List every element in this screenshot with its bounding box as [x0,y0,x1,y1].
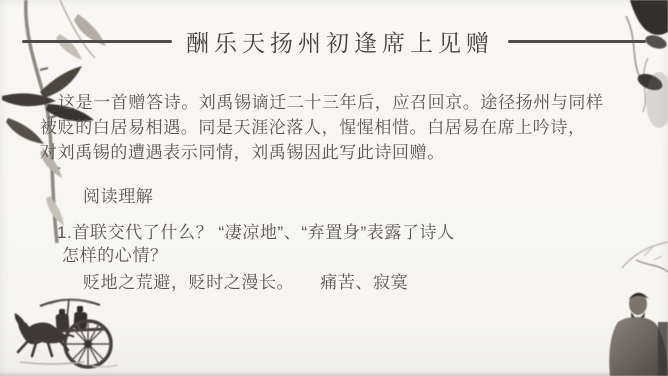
section-heading: 阅读理解 [83,182,153,207]
intro-paragraph-line-1: 这是一首赠答诗。刘禹锡谪迁二十三年后，应召回京。途径扬州与同样 [58,88,604,113]
question-line-2: 怎样的心情？ [62,241,168,266]
paper-edge-shading [0,371,668,376]
title-row: 酬乐天扬州初逢席上见赠 [0,26,668,56]
intro-paragraph-line-3: 对刘禹锡的遭遇表示同情，刘禹锡因此写此诗回赠。 [40,138,445,163]
horse-carriage-ink-icon [12,292,128,372]
slide-title: 酬乐天扬州初逢席上见赠 [186,25,494,58]
answer-line: 贬地之荒避，贬时之漫长。痛苦、寂寞 [83,268,408,293]
title-left-rule [22,40,172,43]
answer-part-1: 贬地之荒避，贬时之漫长。 [83,273,294,292]
scholar-ink-icon [604,226,668,376]
answer-part-2: 痛苦、寂寞 [320,273,408,292]
question-line-1: 1.首联交代了什么？ “凄凉地”、“弃置身”表露了诗人 [57,218,455,243]
title-right-rule [508,40,646,43]
slide-canvas: 酬乐天扬州初逢席上见赠 这是一首赠答诗。刘禹锡谪迁二十三年后，应召回京。途径扬州… [0,0,668,376]
intro-paragraph-line-2: 被贬的白居易相遇。同是天涯沦落人，惺惺相惜。白居易在席上吟诗， [40,113,586,138]
